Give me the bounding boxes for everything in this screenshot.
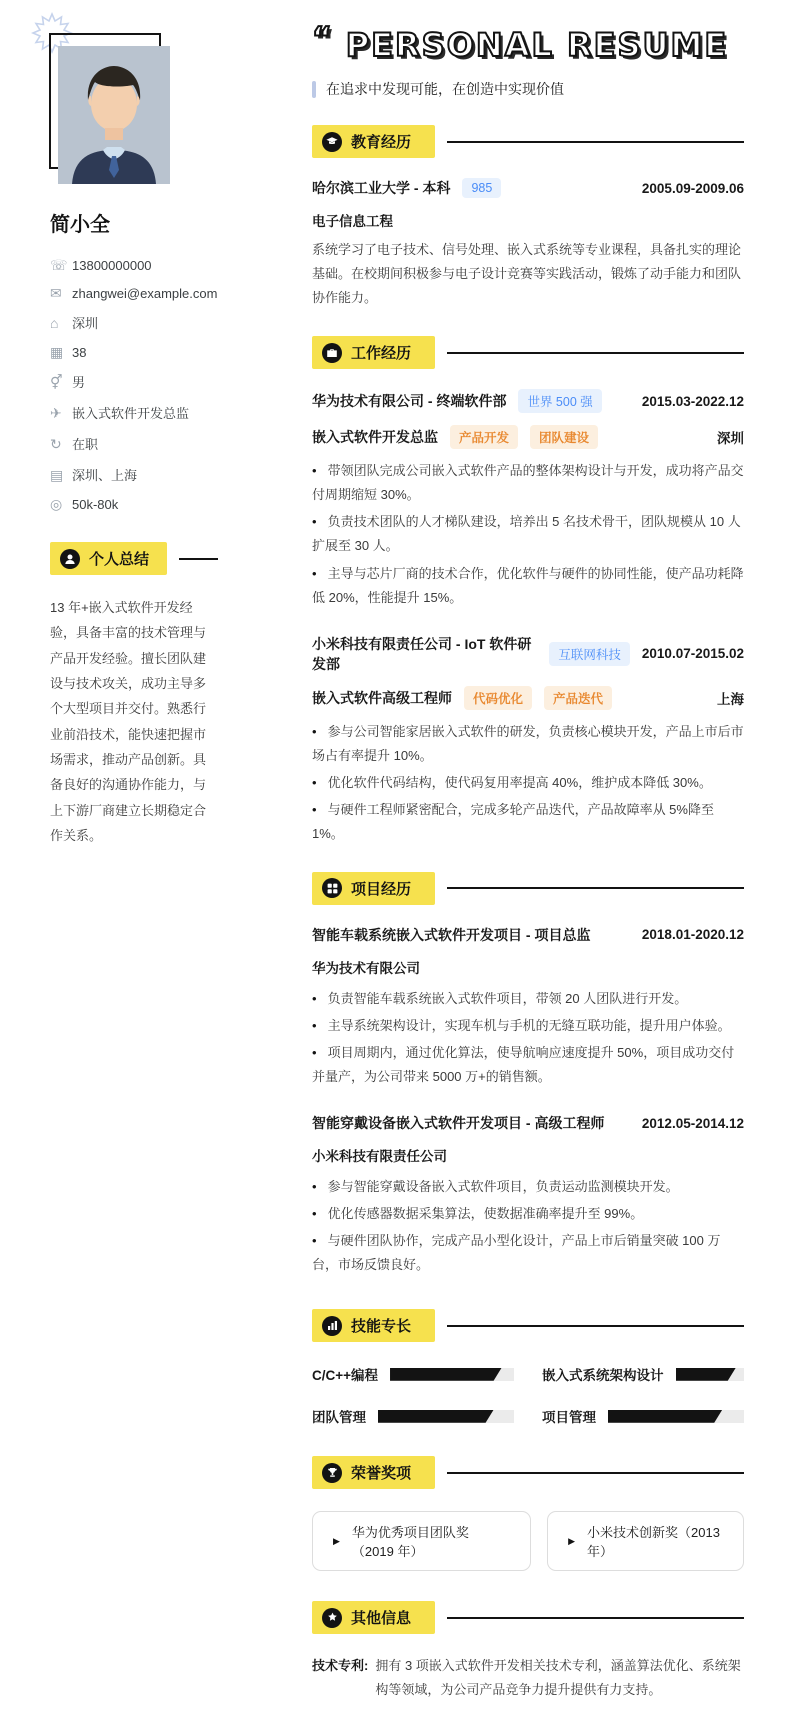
- header-rule: [447, 1472, 744, 1474]
- job-bullets: 参与公司智能家居嵌入式软件的研发，负责核心模块开发，产品上市后市场占有率提升 1…: [312, 720, 744, 846]
- medal-star-icon: [322, 1608, 342, 1628]
- summary-header: 个人总结: [50, 542, 218, 575]
- motto: 在追求中发现可能，在创造中实现价值: [312, 79, 744, 99]
- skill-label: C/C++编程: [312, 1364, 378, 1384]
- contact-value: 深圳: [72, 313, 98, 332]
- skill-bar-track: [608, 1410, 744, 1423]
- school-badge: 985: [462, 178, 501, 198]
- salary-icon: ◎: [50, 497, 72, 511]
- award-pill: ▶ 小米技术创新奖（2013 年）: [547, 1511, 744, 1571]
- project-bullet: 优化传感器数据采集算法，使数据准确率提升至 99%。: [312, 1202, 744, 1226]
- contact-value: 男: [72, 372, 85, 391]
- skill-label: 嵌入式系统架构设计: [542, 1364, 664, 1384]
- project-name: 智能穿戴设备嵌入式软件开发项目 - 高级工程师: [312, 1113, 604, 1133]
- job-role-row: 嵌入式软件开发总监 产品开发 团队建设 深圳: [312, 425, 744, 449]
- project-entry: 智能穿戴设备嵌入式软件开发项目 - 高级工程师 2012.05-2014.12 …: [312, 1113, 744, 1277]
- job-entry: 华为技术有限公司 - 终端软件部 世界 500 强 2015.03-2022.1…: [312, 389, 744, 609]
- contact-value: 嵌入式软件开发总监: [72, 403, 189, 422]
- summary-title: 个人总结: [89, 548, 149, 569]
- status-icon: ↻: [50, 437, 72, 451]
- other-section: 其他信息 技术专利: 拥有 3 项嵌入式软件开发相关技术专利，涵盖算法优化、系统…: [312, 1601, 744, 1702]
- awards-section: 荣誉奖项 ▶ 华为优秀项目团队奖（2019 年） ▶ 小米技术创新奖（2013 …: [312, 1456, 744, 1571]
- award-text: 华为优秀项目团队奖（2019 年）: [352, 1522, 510, 1560]
- page-title: PERSONAL RESUME: [346, 28, 729, 63]
- company-name: 小米科技有限责任公司 - IoT 软件研发部: [312, 634, 537, 674]
- skill-item: 项目管理: [542, 1406, 744, 1426]
- project-name-row: 智能穿戴设备嵌入式软件开发项目 - 高级工程师 2012.05-2014.12: [312, 1113, 744, 1133]
- briefcase-icon: [322, 343, 342, 363]
- job-bullet: 优化软件代码结构，使代码复用率提高 40%，维护成本降低 30%。: [312, 771, 744, 795]
- job-entry: 小米科技有限责任公司 - IoT 软件研发部 互联网科技 2010.07-201…: [312, 634, 744, 846]
- awards-header-box: 荣誉奖项: [312, 1456, 435, 1489]
- skill-label: 团队管理: [312, 1406, 366, 1426]
- awards-title: 荣誉奖项: [351, 1462, 411, 1483]
- job-date: 2010.07-2015.02: [630, 646, 744, 661]
- job-company-row: 小米科技有限责任公司 - IoT 软件研发部 互联网科技 2010.07-201…: [312, 634, 744, 674]
- skill-bar-fill: [608, 1410, 722, 1423]
- projects-header: 项目经历: [312, 872, 744, 905]
- document-title: “ PERSONAL RESUME: [312, 28, 744, 63]
- person-name: 简小全: [50, 208, 218, 237]
- project-bullets: 负责智能车载系统嵌入式软件项目，带领 20 人团队进行开发。 主导系统架构设计，…: [312, 987, 744, 1089]
- projects-header-box: 项目经历: [312, 872, 435, 905]
- person-icon: [60, 549, 80, 569]
- skill-bar-track: [676, 1368, 745, 1381]
- education-title: 教育经历: [351, 131, 411, 152]
- contact-city: ⌂ 深圳: [50, 313, 218, 332]
- award-text: 小米技术创新奖（2013 年）: [587, 1522, 723, 1560]
- sidebar: 简小全 ☏ 13800000000 ✉ zhangwei@example.com…: [50, 0, 218, 1702]
- job-bullets: 带领团队完成公司嵌入式软件产品的整体架构设计与开发，成功将产品交付周期缩短 30…: [312, 459, 744, 609]
- award-pill: ▶ 华为优秀项目团队奖（2019 年）: [312, 1511, 531, 1571]
- job-bullet: 参与公司智能家居嵌入式软件的研发，负责核心模块开发，产品上市后市场占有率提升 1…: [312, 720, 744, 768]
- gender-icon: ⚥: [50, 375, 72, 389]
- education-desc: 系统学习了电子技术、信号处理、嵌入式系统等专业课程，具备扎实的理论基础。在校期间…: [312, 238, 744, 310]
- projects-section: 项目经历 智能车载系统嵌入式软件开发项目 - 项目总监 2018.01-2020…: [312, 872, 744, 1277]
- education-school-row: 哈尔滨工业大学 - 本科 985 2005.09-2009.06: [312, 178, 744, 198]
- projects-title: 项目经历: [351, 878, 411, 899]
- header-rule: [447, 352, 744, 354]
- motto-text: 在追求中发现可能，在创造中实现价值: [326, 79, 564, 99]
- project-name-row: 智能车载系统嵌入式软件开发项目 - 项目总监 2018.01-2020.12: [312, 925, 744, 945]
- school-name: 哈尔滨工业大学 - 本科: [312, 178, 450, 198]
- job-location: 上海: [705, 688, 744, 708]
- skill-item: 团队管理: [312, 1406, 514, 1426]
- motto-accent-bar: [312, 81, 316, 98]
- project-bullet: 主导系统架构设计，实现车机与手机的无缝互联功能，提升用户体验。: [312, 1014, 744, 1038]
- contact-phone: ☏ 13800000000: [50, 257, 218, 273]
- job-role: 嵌入式软件高级工程师: [312, 688, 452, 708]
- skills-header: 技能专长: [312, 1309, 744, 1342]
- profile-photo: [58, 46, 170, 184]
- skill-item: C/C++编程: [312, 1364, 514, 1384]
- awards-list: ▶ 华为优秀项目团队奖（2019 年） ▶ 小米技术创新奖（2013 年）: [312, 1511, 744, 1571]
- skills-grid: C/C++编程 嵌入式系统架构设计 团队管理 项目管理: [312, 1364, 744, 1426]
- contact-value: 38: [72, 345, 86, 360]
- education-header-box: 教育经历: [312, 125, 435, 158]
- contact-value: 深圳、上海: [72, 465, 137, 484]
- education-major: 电子信息工程: [312, 210, 744, 230]
- job-bullet: 负责技术团队的人才梯队建设，培养出 5 名技术骨干，团队规模从 10 人扩展至 …: [312, 510, 744, 558]
- contact-salary: ◎ 50k-80k: [50, 496, 218, 512]
- job-tag: 团队建设: [530, 425, 598, 449]
- summary-section: 个人总结 13 年+嵌入式软件开发经验，具备丰富的技术管理与产品开发经验。擅长团…: [50, 542, 218, 848]
- home-icon: ⌂: [50, 316, 72, 330]
- project-bullet: 项目周期内，通过优化算法，使导航响应速度提升 50%，项目成功交付并量产，为公司…: [312, 1041, 744, 1089]
- project-org: 小米科技有限责任公司: [312, 1145, 744, 1165]
- contact-value: 13800000000: [72, 258, 152, 273]
- project-org: 华为技术有限公司: [312, 957, 744, 977]
- patent-label: 技术专利:: [312, 1654, 368, 1702]
- work-header-box: 工作经历: [312, 336, 435, 369]
- summary-text: 13 年+嵌入式软件开发经验，具备丰富的技术管理与产品开发经验。擅长团队建设与技…: [50, 595, 218, 848]
- play-triangle-icon: ▶: [333, 1536, 340, 1547]
- header-rule: [447, 1325, 744, 1327]
- work-title: 工作经历: [351, 342, 411, 363]
- education-date: 2005.09-2009.06: [630, 181, 744, 196]
- trophy-icon: [322, 1463, 342, 1483]
- grid-icon: [322, 878, 342, 898]
- project-bullet: 与硬件团队协作，完成产品小型化设计，产品上市后销量突破 100 万台，市场反馈良…: [312, 1229, 744, 1277]
- paper-plane-icon: ✈: [50, 406, 72, 420]
- company-badge: 互联网科技: [549, 642, 630, 666]
- contact-target-position: ✈ 嵌入式软件开发总监: [50, 403, 218, 422]
- bar-chart-icon: [322, 1316, 342, 1336]
- project-date: 2018.01-2020.12: [630, 927, 744, 942]
- awards-header: 荣誉奖项: [312, 1456, 744, 1489]
- skill-bar-track: [378, 1410, 514, 1423]
- job-role: 嵌入式软件开发总监: [312, 427, 438, 447]
- quote-icon: “: [312, 24, 334, 54]
- company-name: 华为技术有限公司 - 终端软件部: [312, 391, 506, 411]
- project-bullet: 参与智能穿戴设备嵌入式软件项目，负责运动监测模块开发。: [312, 1175, 744, 1199]
- project-entry: 智能车载系统嵌入式软件开发项目 - 项目总监 2018.01-2020.12 华…: [312, 925, 744, 1089]
- job-date: 2015.03-2022.12: [630, 394, 744, 409]
- skill-bar-fill: [378, 1410, 494, 1423]
- skills-section: 技能专长 C/C++编程 嵌入式系统架构设计 团队管理 项目管: [312, 1309, 744, 1426]
- contact-gender: ⚥ 男: [50, 372, 218, 391]
- contact-email: ✉ zhangwei@example.com: [50, 285, 218, 301]
- job-tag: 代码优化: [464, 686, 532, 710]
- graduation-cap-icon: [322, 132, 342, 152]
- email-icon: ✉: [50, 286, 72, 300]
- skill-bar-fill: [676, 1368, 736, 1381]
- job-bullet: 与硬件工程师紧密配合，完成多轮产品迭代，产品故障率从 5%降至 1%。: [312, 798, 744, 846]
- skills-title: 技能专长: [351, 1315, 411, 1336]
- skill-bar-fill: [390, 1368, 502, 1381]
- job-bullet: 带领团队完成公司嵌入式软件产品的整体架构设计与开发，成功将产品交付周期缩短 30…: [312, 459, 744, 507]
- other-title: 其他信息: [351, 1607, 411, 1628]
- project-name: 智能车载系统嵌入式软件开发项目 - 项目总监: [312, 925, 590, 945]
- phone-icon: ☏: [50, 258, 72, 272]
- skill-bar-track: [390, 1368, 514, 1381]
- play-triangle-icon: ▶: [568, 1536, 575, 1547]
- project-bullets: 参与智能穿戴设备嵌入式软件项目，负责运动监测模块开发。 优化传感器数据采集算法，…: [312, 1175, 744, 1277]
- job-role-row: 嵌入式软件高级工程师 代码优化 产品迭代 上海: [312, 686, 744, 710]
- work-section: 工作经历 华为技术有限公司 - 终端软件部 世界 500 强 2015.03-2…: [312, 336, 744, 846]
- education-entry: 哈尔滨工业大学 - 本科 985 2005.09-2009.06 电子信息工程 …: [312, 178, 744, 310]
- skills-header-box: 技能专长: [312, 1309, 435, 1342]
- job-bullet: 主导与芯片厂商的技术合作，优化软件与硬件的协同性能，使产品功耗降低 20%，性能…: [312, 562, 744, 610]
- age-icon: ▦: [50, 345, 72, 359]
- header-rule: [447, 887, 744, 889]
- project-date: 2012.05-2014.12: [630, 1116, 744, 1131]
- job-tag: 产品迭代: [544, 686, 612, 710]
- main-column: “ PERSONAL RESUME 在追求中发现可能，在创造中实现价值 教育经历…: [312, 0, 744, 1702]
- patent-row: 技术专利: 拥有 3 项嵌入式软件开发相关技术专利，涵盖算法优化、系统架构等领域…: [312, 1654, 744, 1702]
- header-rule: [447, 1617, 744, 1619]
- contact-age: ▦ 38: [50, 344, 218, 360]
- other-header: 其他信息: [312, 1601, 744, 1634]
- contact-list: ☏ 13800000000 ✉ zhangwei@example.com ⌂ 深…: [50, 257, 218, 512]
- education-header: 教育经历: [312, 125, 744, 158]
- contact-value: 在职: [72, 434, 98, 453]
- patent-text: 拥有 3 项嵌入式软件开发相关技术专利，涵盖算法优化、系统架构等领域，为公司产品…: [375, 1654, 744, 1702]
- work-header: 工作经历: [312, 336, 744, 369]
- skill-label: 项目管理: [542, 1406, 596, 1426]
- job-company-row: 华为技术有限公司 - 终端软件部 世界 500 强 2015.03-2022.1…: [312, 389, 744, 413]
- contact-value: 50k-80k: [72, 497, 118, 512]
- contact-value: zhangwei@example.com: [72, 286, 217, 301]
- skill-item: 嵌入式系统架构设计: [542, 1364, 744, 1384]
- resume-page: 简小全 ☏ 13800000000 ✉ zhangwei@example.com…: [0, 0, 794, 1730]
- buildings-icon: ▤: [50, 468, 72, 482]
- profile-photo-block: [58, 46, 170, 184]
- job-tag: 产品开发: [450, 425, 518, 449]
- education-section: 教育经历 哈尔滨工业大学 - 本科 985 2005.09-2009.06 电子…: [312, 125, 744, 310]
- contact-job-status: ↻ 在职: [50, 434, 218, 453]
- job-location: 深圳: [705, 427, 744, 447]
- contact-target-cities: ▤ 深圳、上海: [50, 465, 218, 484]
- project-bullet: 负责智能车载系统嵌入式软件项目，带领 20 人团队进行开发。: [312, 987, 744, 1011]
- header-rule: [447, 141, 744, 143]
- header-rule: [179, 558, 218, 560]
- company-badge: 世界 500 强: [518, 389, 601, 413]
- summary-header-box: 个人总结: [50, 542, 167, 575]
- other-header-box: 其他信息: [312, 1601, 435, 1634]
